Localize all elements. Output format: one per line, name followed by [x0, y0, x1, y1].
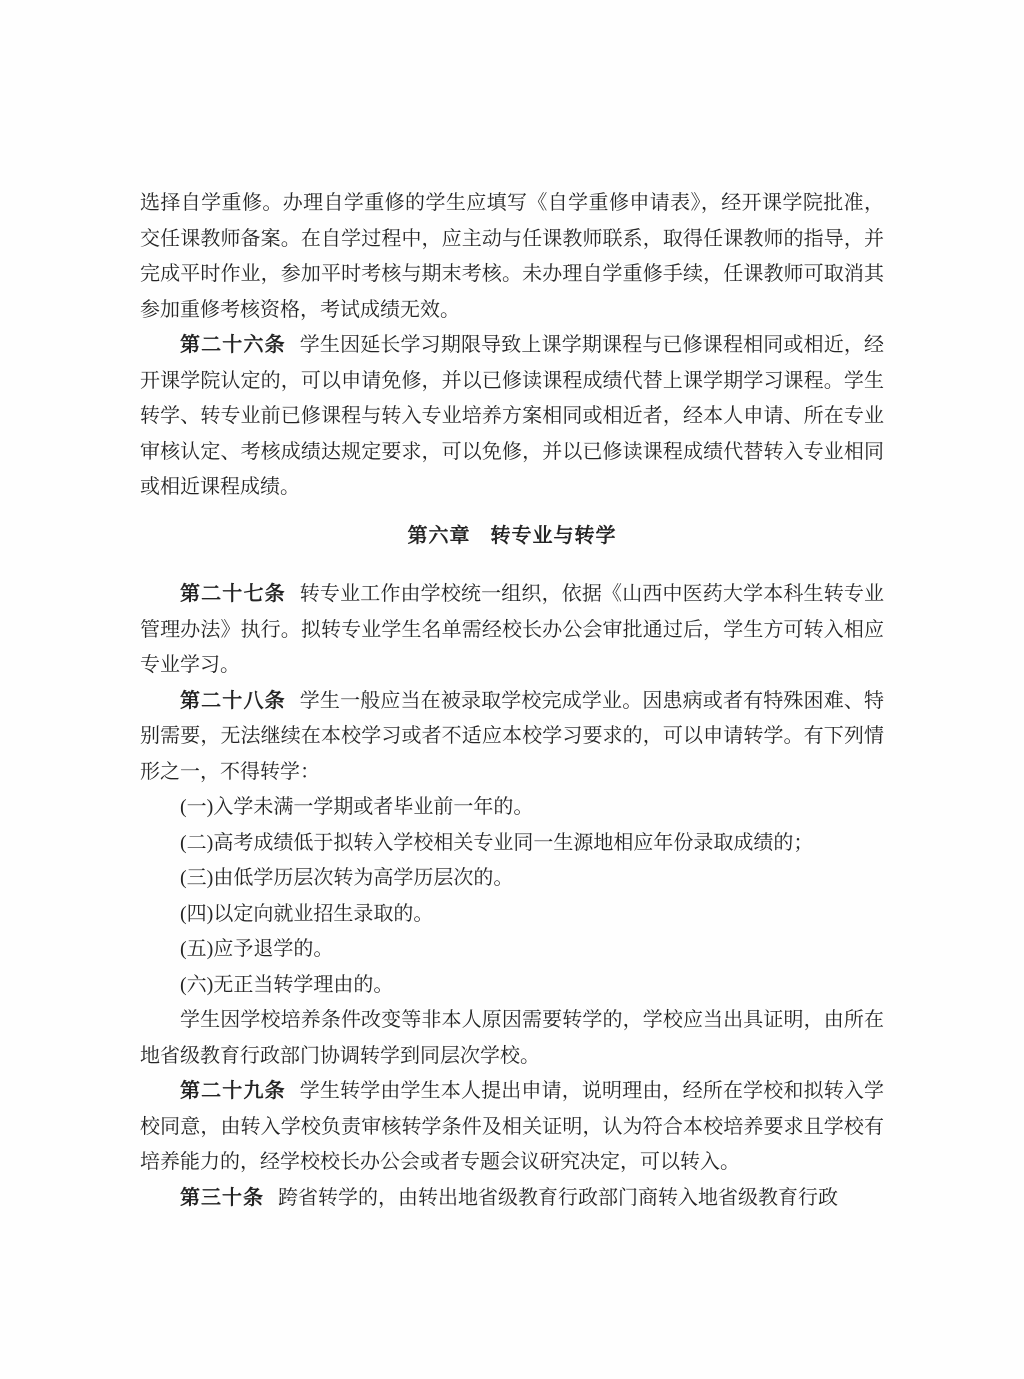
article-26-number: 第二十六条: [180, 334, 286, 356]
transfer-restriction-item-5: (五)应予退学的。: [140, 932, 884, 968]
list-item-text: (四)以定向就业招生录取的。: [180, 903, 433, 925]
article-30-paragraph: 第三十条跨省转学的，由转出地省级教育行政部门商转入地省级教育行政: [140, 1181, 884, 1217]
list-item-text: (一)入学未满一学期或者毕业前一年的。: [180, 796, 533, 818]
transfer-restriction-item-4: (四)以定向就业招生录取的。: [140, 897, 884, 933]
list-item-text: (三)由低学历层次转为高学历层次的。: [180, 867, 513, 889]
transfer-restriction-item-6: (六)无正当转学理由的。: [140, 968, 884, 1004]
article-30-text: 跨省转学的，由转出地省级教育行政部门商转入地省级教育行政: [278, 1187, 838, 1209]
article-29-paragraph: 第二十九条学生转学由学生本人提出申请，说明理由，经所在学校和拟转入学校同意，由转…: [140, 1074, 884, 1181]
article-26-text: 学生因延长学习期限导致上课学期课程与已修课程相同或相近，经开课学院认定的，可以申…: [140, 334, 884, 498]
document-page: 选择自学重修。办理自学重修的学生应填写《自学重修申请表》，经开课学院批准，交任课…: [0, 0, 1024, 1379]
list-item-text: (五)应予退学的。: [180, 938, 333, 960]
chapter-6-heading: 第六章转专业与转学: [140, 519, 884, 555]
list-item-text: (六)无正当转学理由的。: [180, 974, 393, 996]
chapter-6-title: 转专业与转学: [491, 525, 617, 547]
list-item-text: (二)高考成绩低于拟转入学校相关专业同一生源地相应年份录取成绩的；: [180, 832, 813, 854]
school-reason-transfer-paragraph: 学生因学校培养条件改变等非本人原因需要转学的，学校应当出具证明，由所在地省级教育…: [140, 1003, 884, 1074]
article-28-paragraph: 第二十八条学生一般应当在被录取学校完成学业。因患病或者有特殊困难、特别需要，无法…: [140, 684, 884, 791]
article-30-number: 第三十条: [180, 1187, 264, 1209]
paragraph-text: 学生因学校培养条件改变等非本人原因需要转学的，学校应当出具证明，由所在地省级教育…: [140, 1009, 884, 1067]
article-29-number: 第二十九条: [180, 1080, 286, 1102]
paragraph-self-study-retake: 选择自学重修。办理自学重修的学生应填写《自学重修申请表》，经开课学院批准，交任课…: [140, 186, 884, 328]
article-28-number: 第二十八条: [180, 690, 286, 712]
transfer-restriction-item-1: (一)入学未满一学期或者毕业前一年的。: [140, 790, 884, 826]
article-27-paragraph: 第二十七条转专业工作由学校统一组织，依据《山西中医药大学本科生转专业管理办法》执…: [140, 577, 884, 684]
article-27-number: 第二十七条: [180, 583, 286, 605]
article-26-paragraph: 第二十六条学生因延长学习期限导致上课学期课程与已修课程相同或相近，经开课学院认定…: [140, 328, 884, 506]
chapter-6-number: 第六章: [408, 525, 471, 547]
transfer-restriction-item-3: (三)由低学历层次转为高学历层次的。: [140, 861, 884, 897]
transfer-restriction-item-2: (二)高考成绩低于拟转入学校相关专业同一生源地相应年份录取成绩的；: [140, 826, 884, 862]
paragraph-text: 选择自学重修。办理自学重修的学生应填写《自学重修申请表》，经开课学院批准，交任课…: [140, 192, 884, 321]
